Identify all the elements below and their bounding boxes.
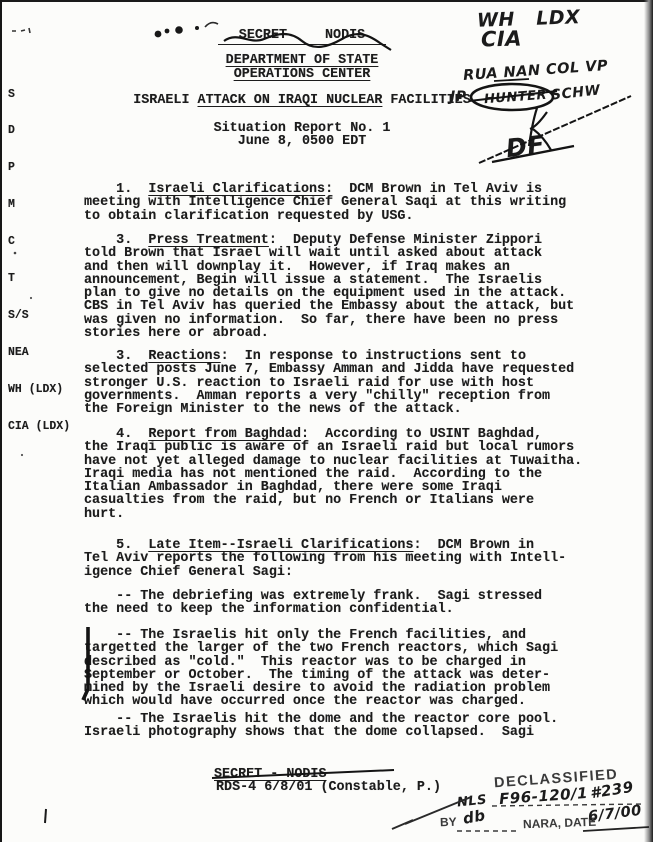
handwritten-routing-jp: JP [450,89,466,105]
document-page: SECRETNODIS DEPARTMENT OF STATE OPERATIO… [0,0,653,842]
handwritten-routing-schw: SCHW [550,82,601,103]
ink-curve-mark [205,23,218,27]
paragraph-press-treatment: 3. Press Treatment: Deputy Defense Minis… [84,234,599,340]
handwritten-by-signature: db [462,806,487,828]
classification-nodis: NODIS [325,29,365,43]
classification-header: SECRETNODIS [218,29,386,45]
distribution-item: T [8,273,70,285]
ink-blob [175,26,183,34]
ink-blob [165,29,170,34]
handwritten-date: 6/7/00 [587,803,643,825]
distribution-item: CIA (LDX) [8,421,70,433]
distribution-list: S D P M C T S/S NEA WH (LDX) CIA (LDX) [8,64,70,458]
paragraph-reactions: 3. Reactions: In response to instruction… [84,350,599,416]
distribution-item: WH (LDX) [8,384,70,396]
scan-edge-left [0,0,2,842]
bottom-left-tick [45,809,46,823]
stamp-by-label: BY [440,815,457,830]
classification-secret: SECRET [239,29,287,43]
scan-edge-top [0,0,653,2]
bullet-debriefing: -- The debriefing was extremely frank. S… [84,590,599,617]
stamp-nara-date-label: NARA, DATE [523,815,597,832]
paragraph-report-from-baghdad: 4. Report from Baghdad: According to USI… [84,428,599,521]
bullet-dome-core-pool: -- The Israelis hit the dome and the rea… [84,713,599,740]
scan-edge-right [644,0,653,842]
top-left-dash-marks [12,28,30,33]
distribution-item: M [8,199,70,211]
ink-blob [155,31,162,38]
report-datetime: June 8, 0500 EDT [22,135,582,149]
distribution-item: S [8,89,70,101]
handwritten-initials-df: DF [504,130,546,164]
footer-rds-line: RDS-4 6/8/01 (Constable, P.) [216,781,536,794]
distribution-item: D [8,125,70,137]
handwritten-cia: CIA [481,27,522,52]
ink-blob [195,26,199,30]
distribution-item: S/S [8,310,70,322]
paragraph-late-item: 5. Late Item--Israeli Clarifications: DC… [84,539,599,579]
paragraph-israeli-clarifications: 1. Israeli Clarifications: DCM Brown in … [84,183,599,223]
distribution-item: P [8,162,70,174]
bullet-french-facilities: -- The Israelis hit only the French faci… [84,629,599,709]
distribution-item: NEA [8,347,70,359]
distribution-item: C [8,236,70,248]
